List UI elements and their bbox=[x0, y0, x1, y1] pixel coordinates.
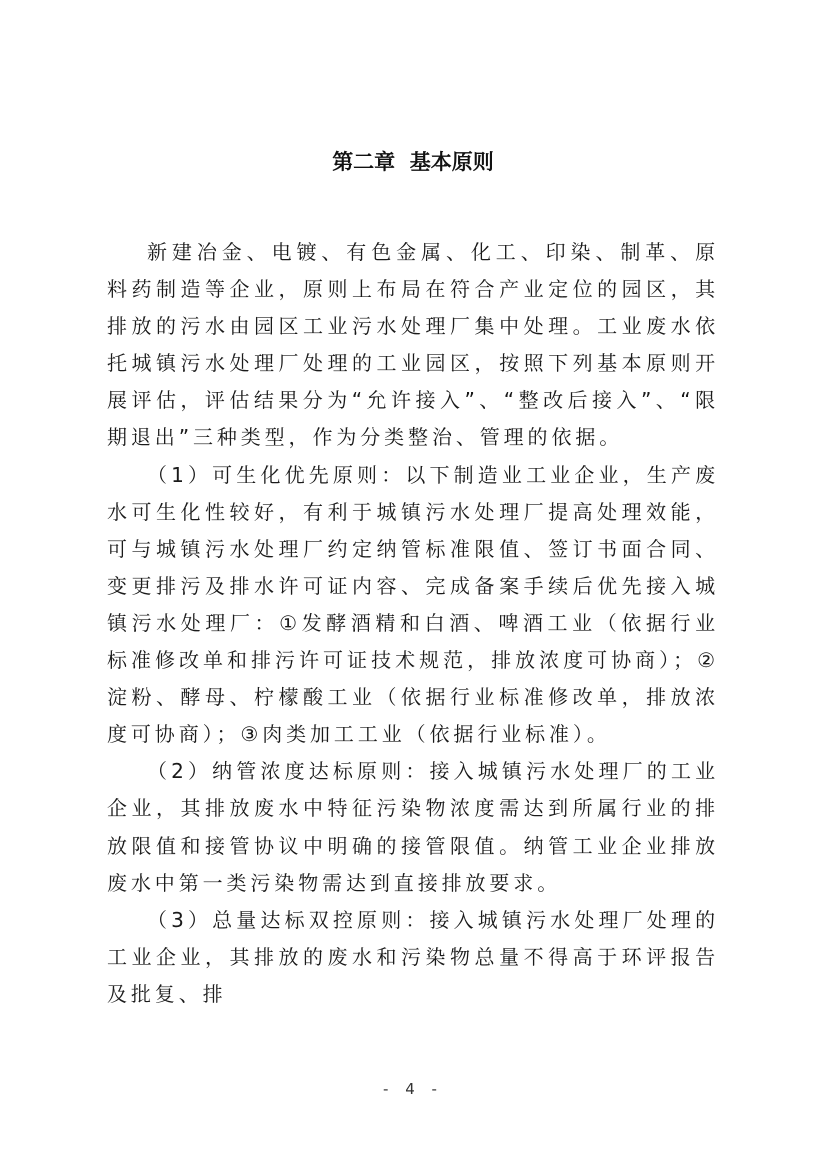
principle-2-paragraph: （2）纳管浓度达标原则：接入城镇污水处理厂的工业企业，其排放废水中特征污染物浓度… bbox=[107, 753, 719, 901]
principle-3-paragraph: （3）总量达标双控原则：接入城镇污水处理厂处理的工业企业，其排放的废水和污染物总… bbox=[107, 902, 719, 1013]
intro-paragraph: 新建冶金、电镀、有色金属、化工、印染、制革、原料药制造等企业，原则上布局在符合产… bbox=[107, 234, 719, 457]
chapter-title: 第二章 基本原则 bbox=[0, 146, 826, 176]
body-text: 新建冶金、电镀、有色金属、化工、印染、制革、原料药制造等企业，原则上布局在符合产… bbox=[107, 234, 719, 1013]
principle-1-paragraph: （1）可生化优先原则：以下制造业工业企业，生产废水可生化性较好，有利于城镇污水处… bbox=[107, 457, 719, 754]
page-number: - 4 - bbox=[0, 1080, 826, 1098]
document-page: 第二章 基本原则 新建冶金、电镀、有色金属、化工、印染、制革、原料药制造等企业，… bbox=[0, 0, 826, 1169]
